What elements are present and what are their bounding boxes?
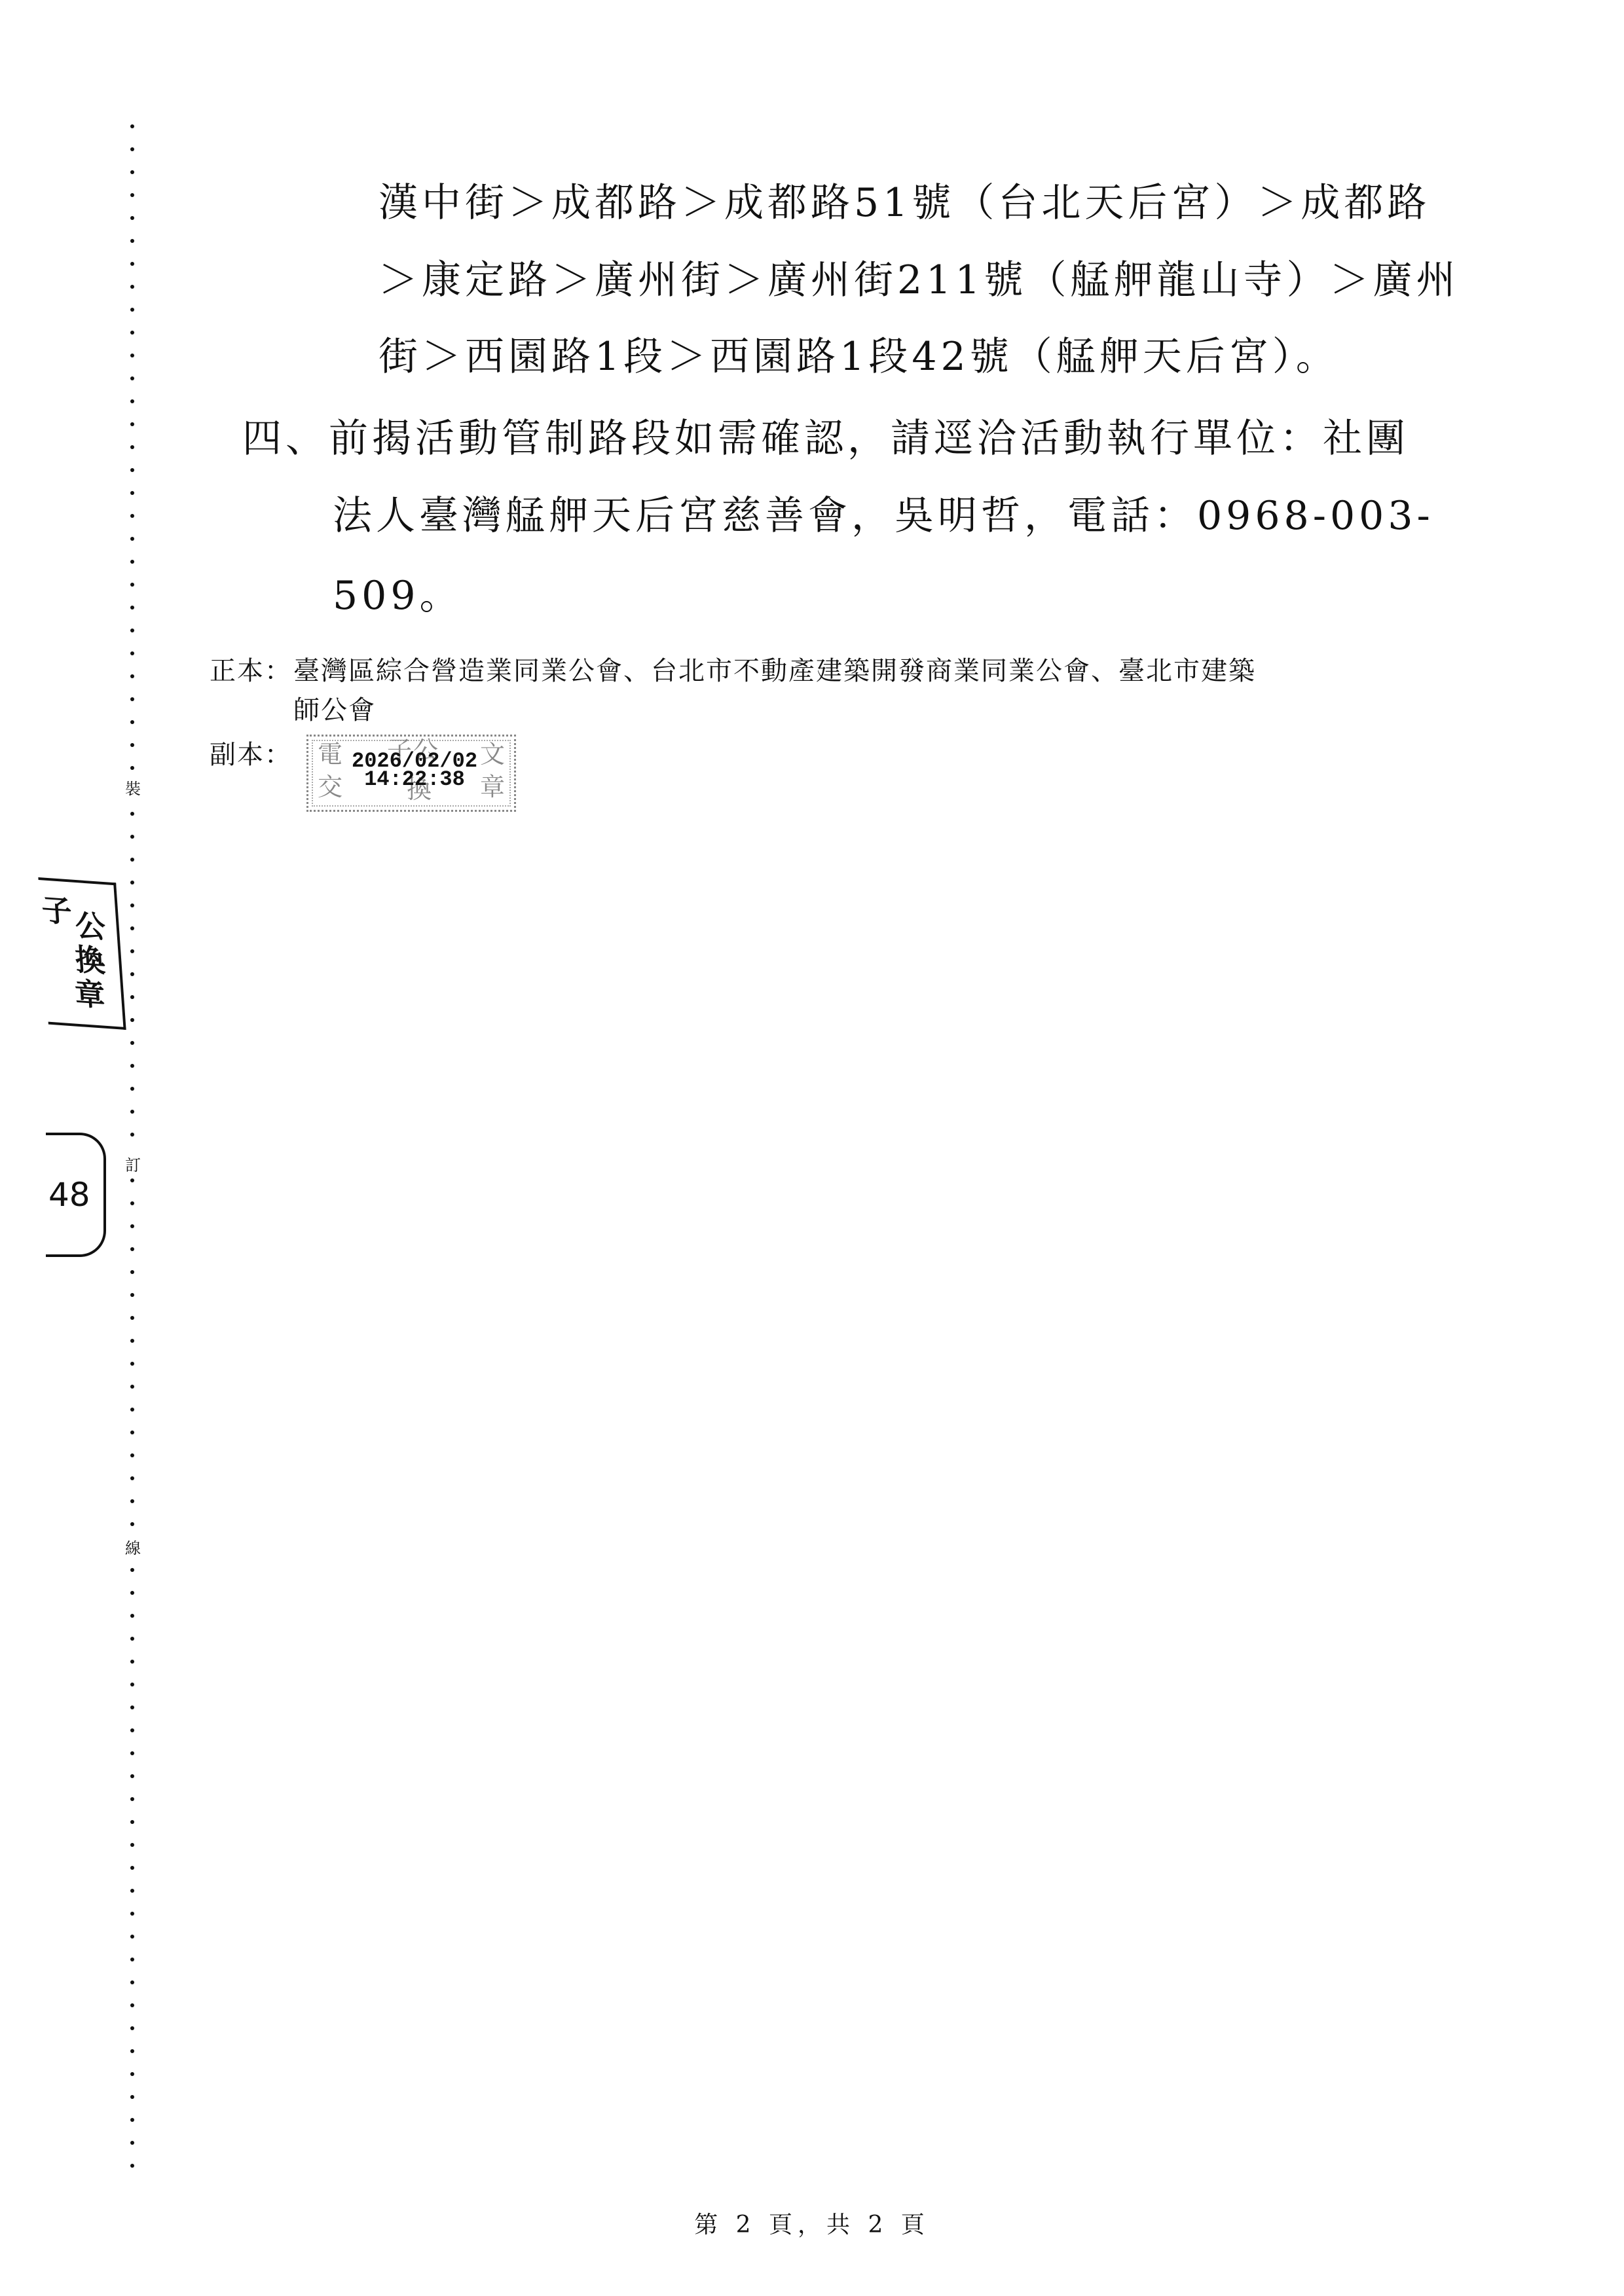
electronic-exchange-stamp: 電 交 子 公 換 文 章 2026/02/02 14:22:38 [306, 735, 516, 812]
primary-recipient-label: 正本： [210, 658, 292, 684]
binding-dot [130, 1339, 134, 1343]
binding-dot [130, 926, 134, 930]
binding-dot [130, 743, 134, 747]
seal-char: 子 [41, 894, 73, 927]
binding-dot [130, 262, 134, 266]
binding-label-zhuang: 裝 [123, 779, 143, 799]
binding-dot [130, 583, 134, 587]
binding-dot [130, 560, 134, 564]
body-line-item-4: 四、前揭活動管制路段如需確認，請逕洽活動執行單位：社團 [242, 419, 1409, 458]
binding-dot [130, 2049, 134, 2053]
binding-dot [130, 1751, 134, 1755]
stamp-datetime: 2026/02/02 14:22:38 [349, 752, 480, 789]
binding-dot [130, 1362, 134, 1366]
binding-dot [130, 376, 134, 380]
binding-dot [130, 1935, 134, 1939]
binding-dot [130, 812, 134, 816]
binding-dot [130, 1912, 134, 1916]
seal-number: 48 [48, 1178, 90, 1211]
body-line: 509。 [333, 576, 463, 615]
binding-label-ding: 訂 [123, 1156, 143, 1175]
binding-dot [130, 1568, 134, 1572]
stamp-char: 文 [480, 742, 505, 767]
binding-dot [130, 331, 134, 335]
binding-dot [130, 1820, 134, 1824]
binding-dot [130, 1591, 134, 1595]
binding-dot [130, 1958, 134, 1961]
binding-dot [130, 903, 134, 907]
stamp-char: 章 [480, 774, 505, 799]
stamp-char: 電 [318, 742, 342, 767]
body-line: 街＞西園路1段＞西園路1段42號（艋舺天后宮）。 [378, 337, 1339, 376]
body-line: ＞康定路＞廣州街＞廣州街211號（艋舺龍山寺）＞廣州 [378, 261, 1460, 300]
binding-dot [130, 1430, 134, 1434]
binding-dot [130, 354, 134, 357]
binding-dot [130, 285, 134, 289]
stamp-char: 交 [318, 774, 342, 799]
seal-char: 公 [74, 910, 106, 943]
binding-dot [130, 606, 134, 610]
binding-dot [130, 972, 134, 976]
binding-dot [130, 1270, 134, 1274]
binding-dot [130, 1018, 134, 1022]
binding-dot [130, 2095, 134, 2099]
stamp-time: 14:22:38 [349, 771, 480, 789]
binding-dot [130, 1408, 134, 1412]
binding-dot [130, 1224, 134, 1228]
document-page: 裝 訂 線 子 公 換 章 48 漢中街＞成都路＞成都路51號（台北天后宮）＞成… [0, 0, 1624, 2296]
binding-dot [130, 422, 134, 426]
binding-dot [130, 1683, 134, 1686]
page-indicator: 第 2 頁，共 2 頁 [0, 2206, 1624, 2240]
binding-dot [130, 239, 134, 243]
binding-dot [130, 835, 134, 839]
binding-dot [130, 399, 134, 403]
binding-dot [130, 1316, 134, 1320]
binding-dot [130, 858, 134, 862]
binding-dot [130, 1705, 134, 1709]
binding-dot [130, 697, 134, 701]
binding-dot [130, 1178, 134, 1182]
binding-dot [130, 766, 134, 770]
binding-label-xian: 線 [123, 1539, 143, 1558]
binding-dot [130, 995, 134, 999]
binding-dot [130, 308, 134, 312]
binding-dot [130, 1889, 134, 1893]
binding-dot [130, 1041, 134, 1045]
binding-dot [130, 514, 134, 518]
binding-dot [130, 170, 134, 174]
binding-dot [130, 2003, 134, 2007]
primary-recipient-list-cont: 師公會 [293, 697, 376, 723]
binding-dot [130, 2118, 134, 2122]
binding-dot [130, 1133, 134, 1137]
binding-dot [130, 216, 134, 220]
binding-dot [130, 193, 134, 197]
binding-dot [130, 468, 134, 472]
binding-dot [130, 1110, 134, 1114]
binding-dot [130, 1499, 134, 1503]
binding-dot [130, 537, 134, 541]
binding-dot [130, 1087, 134, 1091]
binding-dot [130, 1728, 134, 1732]
binding-dot [130, 147, 134, 151]
binding-margin-line: 裝 訂 線 [128, 124, 136, 2187]
page-number-seal: 48 [46, 1133, 106, 1257]
binding-dot [130, 629, 134, 632]
copy-recipient-label: 副本： [210, 742, 292, 768]
binding-dot [130, 445, 134, 449]
primary-recipient-list: 臺灣區綜合營造業同業公會、台北市不動產建築開發商業同業公會、臺北市建築 [293, 658, 1256, 684]
seal-char: 換 [74, 944, 106, 977]
binding-dot [130, 1980, 134, 1984]
binding-dot [130, 1293, 134, 1297]
binding-dot [130, 1247, 134, 1251]
binding-dot [130, 1453, 134, 1457]
binding-dot [130, 1637, 134, 1641]
exchange-seal-margin: 子 公 換 章 [38, 877, 126, 1030]
binding-dot [130, 2141, 134, 2145]
binding-dot [130, 491, 134, 495]
binding-dot [130, 949, 134, 953]
binding-dot [130, 881, 134, 884]
binding-dot [130, 1385, 134, 1389]
body-line: 法人臺灣艋舺天后宮慈善會，吳明哲，電話：0968-003- [333, 496, 1434, 536]
binding-dot [130, 1797, 134, 1801]
body-line: 漢中街＞成都路＞成都路51號（台北天后宮）＞成都路 [378, 183, 1430, 223]
binding-dot [130, 1660, 134, 1664]
binding-dot [130, 2072, 134, 2076]
binding-dot [130, 1201, 134, 1205]
binding-dot [130, 2164, 134, 2168]
binding-dot [130, 124, 134, 128]
binding-dot [130, 1064, 134, 1068]
seal-char: 章 [74, 978, 106, 1011]
binding-dot [130, 1522, 134, 1526]
binding-dot [130, 674, 134, 678]
binding-dot [130, 2026, 134, 2030]
binding-dot [130, 1476, 134, 1480]
binding-dot [130, 651, 134, 655]
binding-dot [130, 1843, 134, 1847]
binding-dot [130, 1866, 134, 1870]
binding-dot [130, 720, 134, 724]
binding-dot [130, 1774, 134, 1778]
binding-dot [130, 1614, 134, 1618]
